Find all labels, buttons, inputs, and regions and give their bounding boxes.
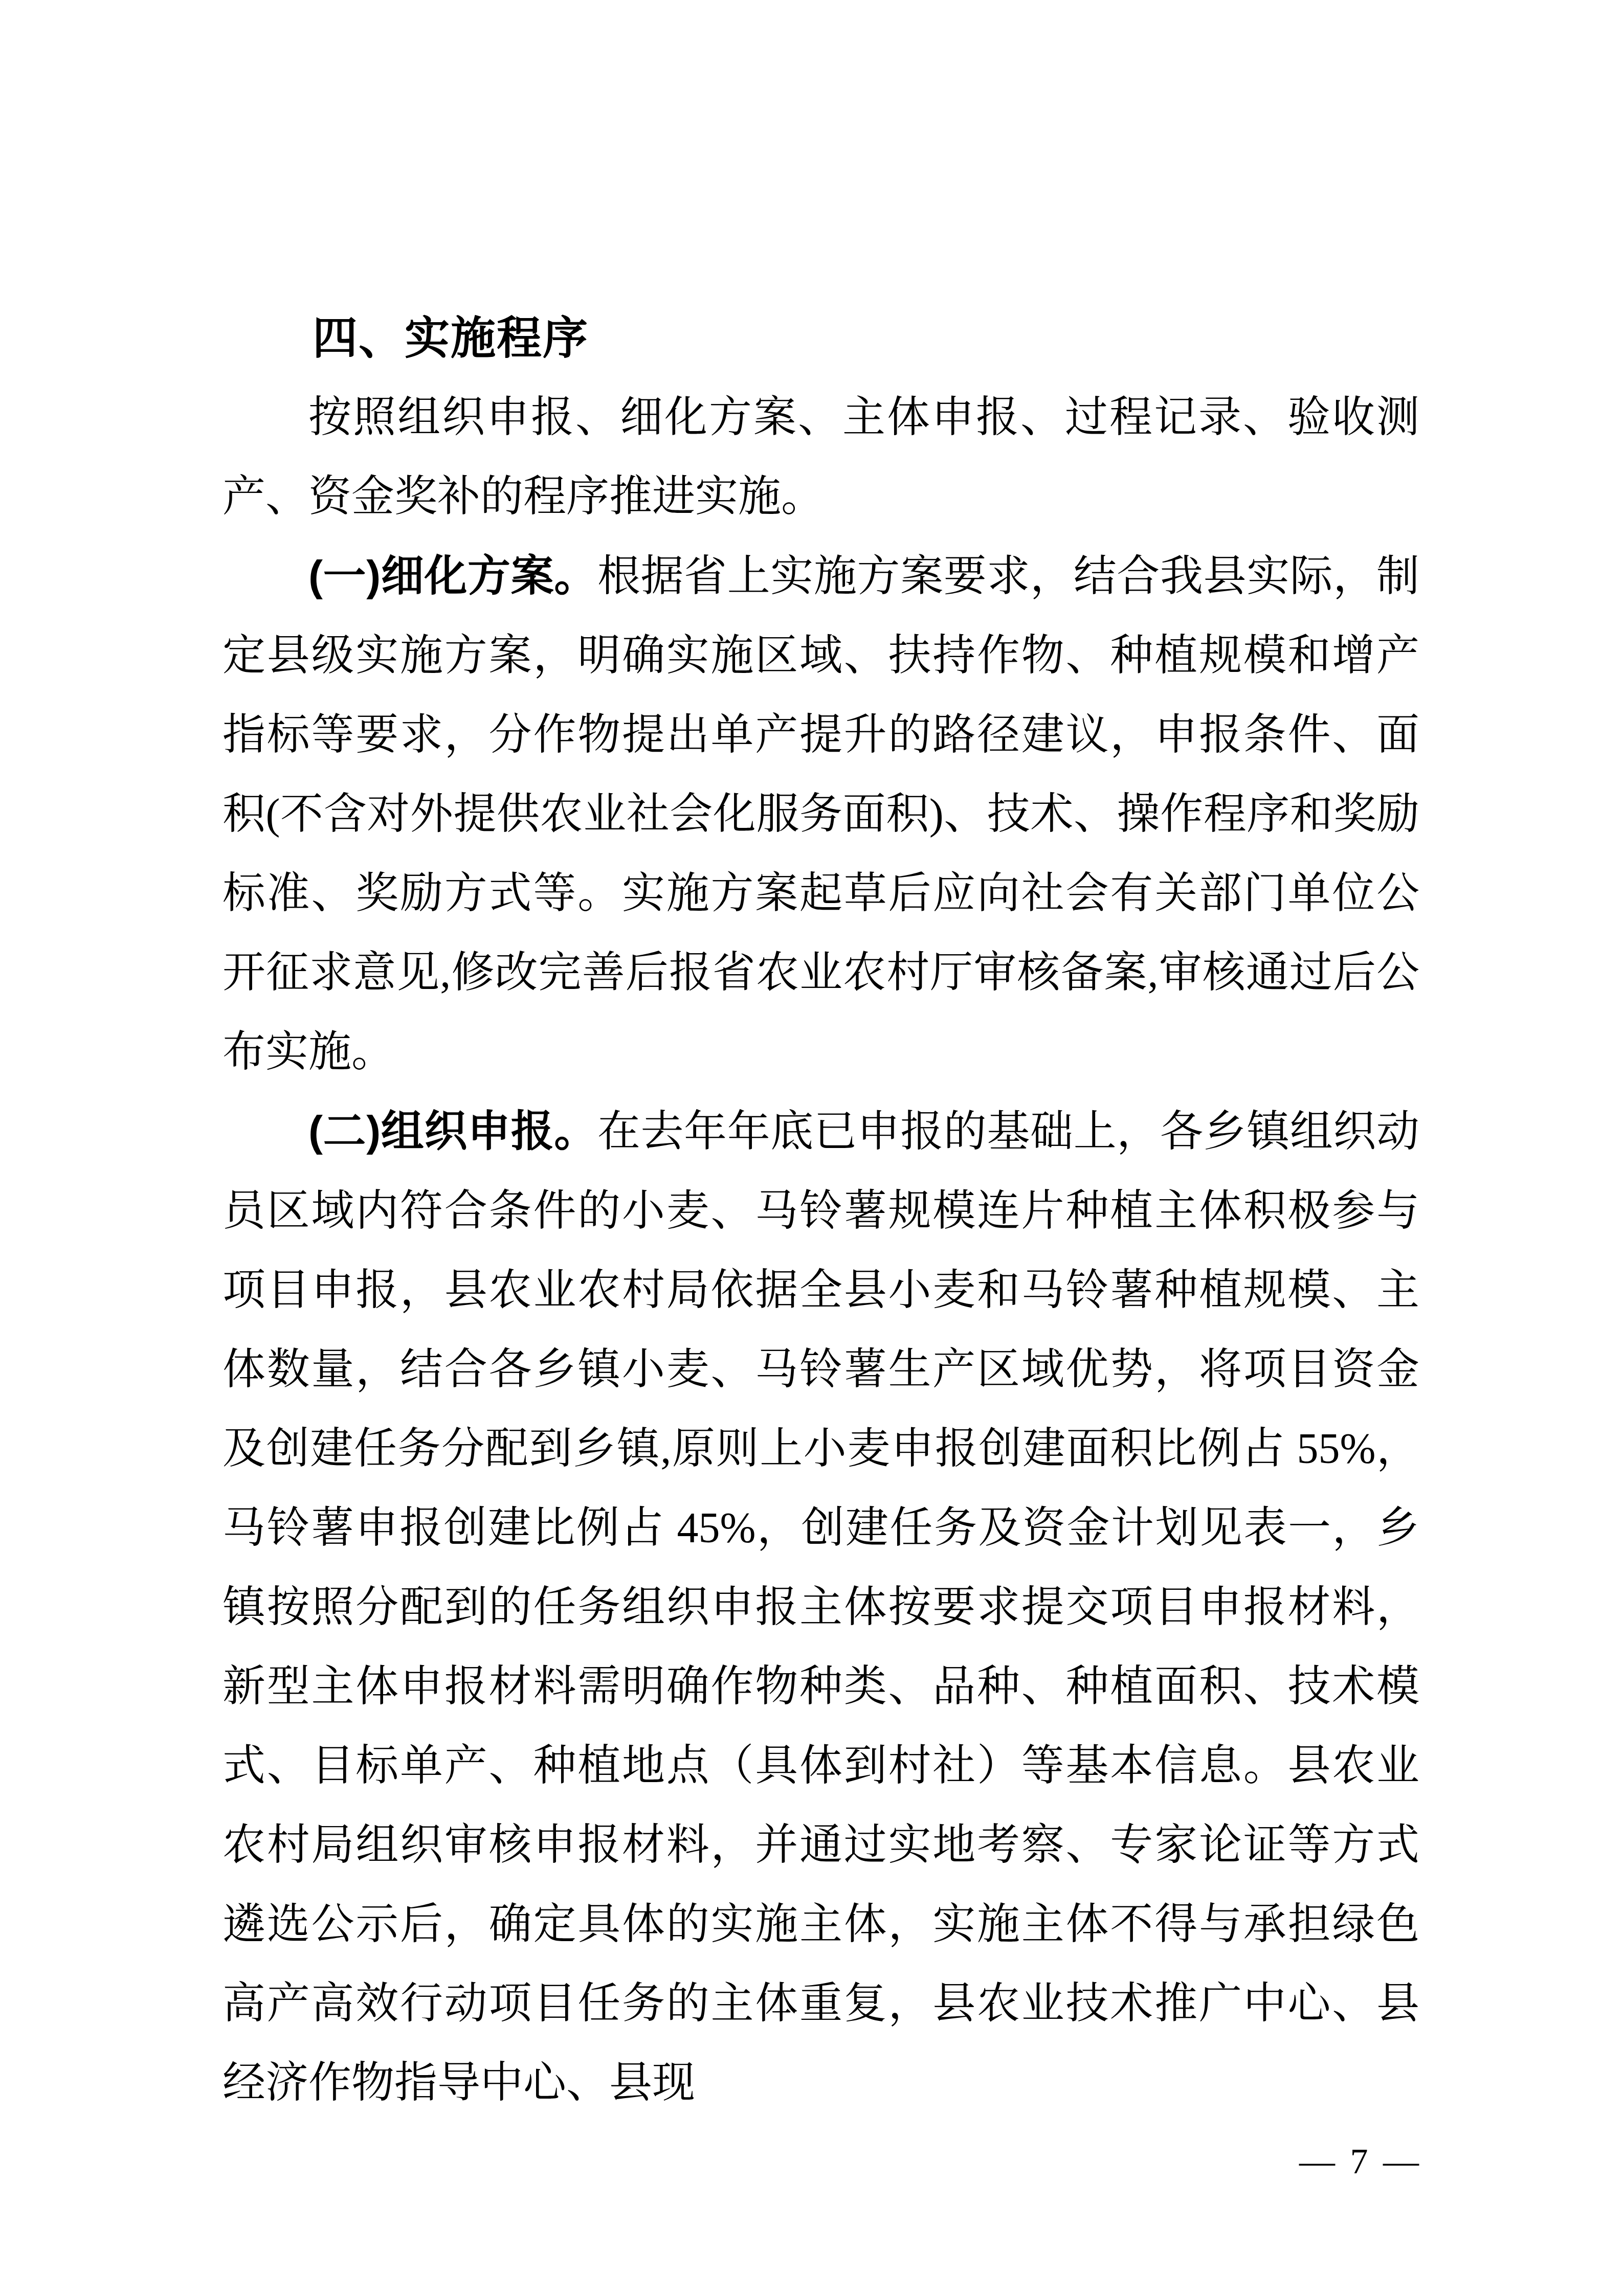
paragraph-text: 根据省上实施方案要求，结合我县实际，制定县级实施方案，明确实施区域、扶持作物、种…	[223, 553, 1419, 1076]
paragraph: (一)细化方案。根据省上实施方案要求，结合我县实际，制定县级实施方案，明确实施区…	[223, 536, 1419, 1092]
page-number: — 7 —	[1299, 2142, 1422, 2182]
paragraph: 按照组织申报、细化方案、主体申报、过程记录、验收测产、资金奖补的程序推进实施。	[223, 377, 1419, 536]
paragraph: (二)组织申报。在去年年底已申报的基础上，各乡镇组织动员区域内符合条件的小麦、马…	[223, 1092, 1419, 2123]
paragraph-text: 在去年年底已申报的基础上，各乡镇组织动员区域内符合条件的小麦、马铃薯规模连片种植…	[223, 1108, 1419, 2107]
document-page: 四、实施程序 按照组织申报、细化方案、主体申报、过程记录、验收测产、资金奖补的程…	[0, 0, 1624, 2296]
section-heading: 四、实施程序	[223, 298, 1419, 377]
paragraph-lead: (一)细化方案。	[308, 552, 597, 600]
paragraph-text: 按照组织申报、细化方案、主体申报、过程记录、验收测产、资金奖补的程序推进实施。	[223, 394, 1419, 521]
paragraph-lead: (二)组织申报。	[308, 1107, 597, 1155]
